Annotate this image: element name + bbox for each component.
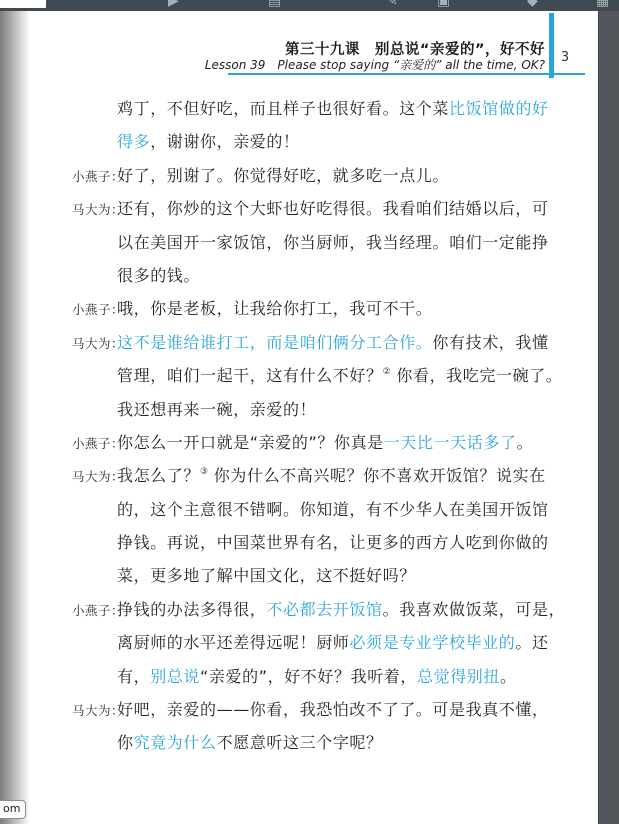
dialogue-line: 马大为： 这不是谁给谁打工，而是咱们俩分工合作。你有技术，我懂 [0,326,598,359]
dialogue-segment: 的，这个主意很不错啊。你知道，有不少华人在美国开饭馆 [117,500,549,519]
dialogue-line: 小燕子： 你怎么一开口就是“亲爱的”？你真是一天比一天话多了。 [0,426,598,459]
lesson-title-english: Lesson 39 Please stop saying “亲爱的” all t… [205,56,545,73]
play-icon[interactable]: ▶ [168,0,179,8]
dialogue-text: 得多，谢谢你，亲爱的！ [117,129,300,152]
dialogue-text: 挣钱。再说，中国菜世界有名，让更多的西方人吃到你做的 [117,530,549,553]
dialogue-segment: 不愿意听这三个字呢？ [217,733,383,752]
dialogue-line: 很多的钱。 [0,259,598,292]
dialogue-text: 哦，你是老板，让我给你打工，我可不干。 [117,296,432,319]
book-icon[interactable]: ▤ [268,0,281,8]
dialogue-segment: 鸡丁，不但好吃，而且样子也很好看。这个菜 [117,99,449,118]
edit-icon[interactable]: ✎ [386,0,398,8]
dialogue-line: 马大为： 我怎么了？③ 你为什么不高兴呢？你不喜欢开饭馆？说实在 [0,459,598,492]
dialogue-line: 以在美国开一家饭馆，你当厨师，我当经理。咱们一定能挣 [0,226,598,259]
dialogue-text: 好了，别谢了。你觉得好吃，就多吃一点儿。 [117,163,449,186]
dialogue-line: 你究竟为什么不愿意听这三个字呢？ [0,726,598,759]
dialogue-segment: 离厨师的水平还差得远呢！厨师 [117,633,349,652]
dialogue-text: 你究竟为什么不愿意听这三个字呢？ [117,730,383,753]
dialogue-line: 小燕子： 哦，你是老板，让我给你打工，我可不干。 [0,292,598,325]
viewer-gutter[interactable] [598,11,619,824]
highlighted-phrase: 必须是专业学校毕业的 [349,633,515,652]
dialogue-text: 有，别总说“亲爱的”，好不好？我听着，总觉得别扭。 [117,664,517,687]
dialogue-text: 你怎么一开口就是“亲爱的”？你真是一天比一天话多了。 [117,430,533,453]
dialogue-text: 很多的钱。 [117,263,200,286]
footnote-marker: ② [383,367,391,377]
dialogue-segment: ，谢谢你，亲爱的！ [150,132,299,151]
viewer-toolbar: ▶❝❞▤✎▣◆▦ [0,0,619,11]
dialogue-text: 菜，更多地了解中国文化，这不挺好吗？ [117,563,416,586]
highlighted-phrase: 总觉得别扭 [417,667,500,686]
dialogue-line: 离厨师的水平还差得远呢！厨师必须是专业学校毕业的。还 [0,626,598,659]
highlighted-phrase: 这不是谁给谁打工，而是咱们俩分工合作。 [117,333,432,352]
dialogue-line: 有，别总说“亲爱的”，好不好？我听着，总觉得别扭。 [0,660,598,693]
dialogue-line: 马大为： 还有，你炒的这个大虾也好吃得很。我看咱们结婚以后，可 [0,192,598,225]
dialogue-text: 好吧，亲爱的——你看，我恐怕改不了了。可是我真不懂， [117,697,549,720]
dialogue-segment: 我还想再来一碗，亲爱的！ [117,400,316,419]
toolbar-input[interactable] [0,0,46,8]
dialogue-text: 以在美国开一家饭馆，你当厨师，我当经理。咱们一定能挣 [117,230,549,253]
tag-icon[interactable]: ◆ [527,0,538,8]
dialogue-segment: 好吧，亲爱的——你看，我恐怕改不了了。可是我真不懂， [117,700,549,719]
grid-icon[interactable]: ▦ [596,0,609,8]
dialogue-text: 管理，咱们一起干，这有什么不好？② 你看，我吃完一碗了。 [117,363,562,386]
dialogue-line: 马大为： 好吧，亲爱的——你看，我恐怕改不了了。可是我真不懂， [0,693,598,726]
save-icon[interactable]: ▣ [437,0,450,8]
dialogue-segment: 哦，你是老板，让我给你打工，我可不干。 [117,299,432,318]
dialogue-line: 挣钱。再说，中国菜世界有名，让更多的西方人吃到你做的 [0,526,598,559]
dialogue-body: 鸡丁，不但好吃，而且样子也很好看。这个菜比饭馆做的好 得多，谢谢你，亲爱的！ 小… [0,92,598,760]
dialogue-text: 鸡丁，不但好吃，而且样子也很好看。这个菜比饭馆做的好 [117,96,549,119]
dialogue-segment: 。还 [515,633,548,652]
textbook-page: 第三十九课 别总说“亲爱的”，好不好 Lesson 39 Please stop… [0,11,598,824]
dialogue-segment: 你怎么一开口就是“亲爱的”？你真是 [117,433,384,452]
dialogue-segment: 挣钱的办法多得很， [117,600,266,619]
dialogue-segment: 有， [117,667,150,686]
dialogue-segment: 挣钱。再说，中国菜世界有名，让更多的西方人吃到你做的 [117,533,549,552]
dialogue-line: 得多，谢谢你，亲爱的！ [0,125,598,158]
footnote-marker: ③ [200,467,208,477]
dialogue-text: 离厨师的水平还差得远呢！厨师必须是专业学校毕业的。还 [117,630,549,653]
dialogue-text: 我还想再来一碗，亲爱的！ [117,397,316,420]
dialogue-segment: 你看，我吃完一碗了。 [391,366,563,385]
dialogue-text: 的，这个主意很不错啊。你知道，有不少华人在美国开饭馆 [117,497,549,520]
dialogue-segment: 你 [117,733,134,752]
highlighted-phrase: 别总说 [150,667,200,686]
dialogue-segment: 。 [517,433,534,452]
page-number: 3 [558,50,572,65]
dialogue-segment: 。 [500,667,517,686]
dialogue-text: 挣钱的办法多得很，不必都去开饭馆。我喜欢做饭菜，可是， [117,597,565,620]
dialogue-line: 小燕子： 挣钱的办法多得很，不必都去开饭馆。我喜欢做饭菜，可是， [0,593,598,626]
header-accent-bar [549,13,554,78]
dialogue-segment: 。我喜欢做饭菜，可是， [383,600,566,619]
dialogue-segment: 你为什么不高兴呢？你不喜欢开饭馆？说实在 [208,466,546,485]
dialogue-line: 鸡丁，不但好吃，而且样子也很好看。这个菜比饭馆做的好 [0,92,598,125]
dialogue-segment: 菜，更多地了解中国文化，这不挺好吗？ [117,566,416,585]
dialogue-segment: 还有，你炒的这个大虾也好吃得很。我看咱们结婚以后，可 [117,199,549,218]
dialogue-text: 还有，你炒的这个大虾也好吃得很。我看咱们结婚以后，可 [117,196,549,219]
dialogue-segment: 很多的钱。 [117,266,200,285]
dialogue-text: 我怎么了？③ 你为什么不高兴呢？你不喜欢开饭馆？说实在 [117,463,546,486]
quote-open-icon[interactable]: ❝ [196,0,204,8]
dialogue-line: 小燕子： 好了，别谢了。你觉得好吃，就多吃一点儿。 [0,159,598,192]
status-tooltip: om [0,800,26,819]
dialogue-line: 菜，更多地了解中国文化，这不挺好吗？ [0,559,598,592]
dialogue-line: 管理，咱们一起干，这有什么不好？② 你看，我吃完一碗了。 [0,359,598,392]
dialogue-segment: 以在美国开一家饭馆，你当厨师，我当经理。咱们一定能挣 [117,233,549,252]
highlighted-phrase: 得多 [117,132,150,151]
highlighted-phrase: 一天比一天话多了 [384,433,517,452]
dialogue-segment: 好了，别谢了。你觉得好吃，就多吃一点儿。 [117,166,449,185]
dialogue-segment: 管理，咱们一起干，这有什么不好？ [117,366,383,385]
dialogue-segment: 我怎么了？ [117,466,200,485]
dialogue-segment: 你有技术，我懂 [432,333,548,352]
highlighted-phrase: 不必都去开饭馆 [266,600,382,619]
dialogue-text: 这不是谁给谁打工，而是咱们俩分工合作。你有技术，我懂 [117,330,549,353]
highlighted-phrase: 比饭馆做的好 [449,99,549,118]
dialogue-line: 我还想再来一碗，亲爱的！ [0,393,598,426]
highlighted-phrase: 究竟为什么 [134,733,217,752]
header-rule [228,73,585,75]
dialogue-line: 的，这个主意很不错啊。你知道，有不少华人在美国开饭馆 [0,493,598,526]
quote-close-icon[interactable]: ❞ [240,0,248,8]
viewer-window: ▶❝❞▤✎▣◆▦ 第三十九课 别总说“亲爱的”，好不好 Lesson 39 Pl… [0,0,619,824]
dialogue-segment: “亲爱的”，好不好？我听着， [200,667,417,686]
